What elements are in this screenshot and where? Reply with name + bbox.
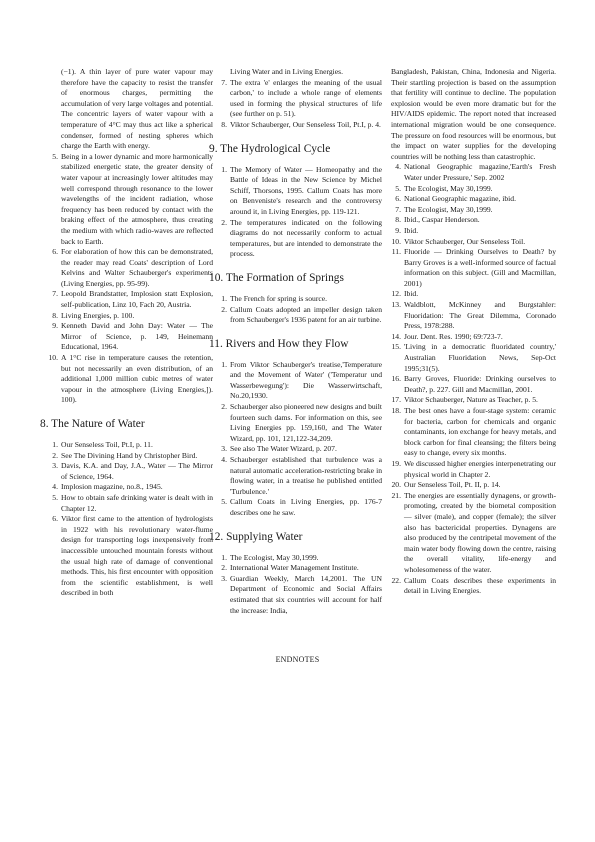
endnote-item: 8.Living Energies, p. 100. xyxy=(61,311,213,322)
endnote-item: 5.The Ecologist, May 30,1999. xyxy=(404,184,556,195)
endnote-item: 16.Barry Groves, Fluoride: Drinking ours… xyxy=(404,374,556,395)
endnote-item: 14.Jour. Dent. Res. 1990; 69:723-7. xyxy=(404,332,556,343)
section-heading-nature-of-water: 8. The Nature of Water xyxy=(40,417,213,431)
endnote-item: 1.The French for spring is source. xyxy=(230,294,382,305)
note-continuation: (−1). A thin layer of pure water vapour … xyxy=(61,67,213,152)
endnote-item: 20.Our Senseless Toil, Pt. II, p. 14. xyxy=(404,480,556,491)
endnote-item: 2.International Water Management Institu… xyxy=(230,563,382,574)
endnote-item: 5.Callum Coats in Living Energies, pp. 1… xyxy=(230,497,382,518)
endnote-item: 8.Viktor Schauberger, Our Senseless Toil… xyxy=(230,120,382,131)
endnote-item: 8.Ibid., Caspar Henderson. xyxy=(404,215,556,226)
endnote-item: 7.Leopold Brandstatter, Implosion statt … xyxy=(61,289,213,310)
section-heading-formation-of-springs: 10. The Formation of Springs xyxy=(209,271,382,285)
endnote-item: 1.Our Senseless Toil, Pt.I, p. 11. xyxy=(61,440,213,451)
endnote-item: 10.Viktor Schauberger, Our Senseless Toi… xyxy=(404,237,556,248)
endnote-item: 4.Schauberger established that turbulenc… xyxy=(230,455,382,497)
page-footer-title: ENDNOTES xyxy=(0,655,595,664)
endnote-item: 4.National Geographic magazine,'Earth's … xyxy=(404,162,556,183)
endnote-item: 12.Ibid. xyxy=(404,289,556,300)
endnote-item: 2.See The Divining Hand by Christopher B… xyxy=(61,451,213,462)
endnote-item: 2.The temperatures indicated on the foll… xyxy=(230,218,382,260)
endnote-item: 6.Viktor first came to the attention of … xyxy=(61,514,213,599)
endnote-item: 11.Fluoride — Drinking Ourselves to Deat… xyxy=(404,247,556,289)
endnote-item: 7.The extra 'e' enlarges the meaning of … xyxy=(230,78,382,120)
column-2: Living Water and in Living Energies. 7.T… xyxy=(217,67,382,616)
endnote-item: 19.We discussed higher energies interpen… xyxy=(404,459,556,480)
endnote-item: 2.Callum Coats adopted an impeller desig… xyxy=(230,305,382,326)
endnote-item: 9.Kenneth David and John Day: Water — Th… xyxy=(61,321,213,353)
endnote-item: 22.Callum Coats describes these experime… xyxy=(404,576,556,597)
endnote-item: 13.Waldblott, McKinney and Burgstahler: … xyxy=(404,300,556,332)
endnote-item: 2.Schauberger also pioneered new designs… xyxy=(230,402,382,444)
endnote-item: 15.'Living in a democratic fluoridated c… xyxy=(404,342,556,374)
section-heading-supplying-water: 12. Supplying Water xyxy=(209,530,382,544)
note-continuation: Living Water and in Living Energies. xyxy=(230,67,382,78)
endnote-item: 3.See also The Water Wizard, p. 207. xyxy=(230,444,382,455)
endnote-item: 1.From Viktor Schauberger's treatise,'Te… xyxy=(230,360,382,402)
endnote-item: 7.The Ecologist, May 30,1999. xyxy=(404,205,556,216)
endnote-item: 9.Ibid. xyxy=(404,226,556,237)
endnote-item: 1.The Memory of Water — Homeopathy and t… xyxy=(230,165,382,218)
column-1: (−1). A thin layer of pure water vapour … xyxy=(48,67,213,599)
note-continuation: Bangladesh, Pakistan, China, Indonesia a… xyxy=(391,67,556,162)
endnotes-page: (−1). A thin layer of pure water vapour … xyxy=(0,0,595,842)
endnote-item: 10.A 1°C rise in temperature causes the … xyxy=(61,353,213,406)
endnote-item: 6.For elaboration of how this can be dem… xyxy=(61,247,213,289)
endnote-item: 3.Davis, K.A. and Day, J.A., Water — The… xyxy=(61,461,213,482)
endnote-item: 17.Viktor Schauberger, Nature as Teacher… xyxy=(404,395,556,406)
column-3: Bangladesh, Pakistan, China, Indonesia a… xyxy=(391,67,556,597)
endnote-item: 21.The energies are essentially dynagens… xyxy=(404,491,556,576)
endnote-item: 18.The best ones have a four-stage syste… xyxy=(404,406,556,459)
endnote-item: 4.Implosion magazine, no.8., 1945. xyxy=(61,482,213,493)
section-heading-rivers: 11. Rivers and How they Flow xyxy=(209,337,382,351)
endnote-item: 5.Being in a lower dynamic and more harm… xyxy=(61,152,213,247)
endnote-item: 3.Guardian Weekly, March 14,2001. The UN… xyxy=(230,574,382,616)
endnote-item: 6.National Geographic magazine, ibid. xyxy=(404,194,556,205)
endnote-item: 1.The Ecologist, May 30,1999. xyxy=(230,553,382,564)
section-heading-hydrological-cycle: 9. The Hydrological Cycle xyxy=(209,142,382,156)
endnote-item: 5.How to obtain safe drinking water is d… xyxy=(61,493,213,514)
